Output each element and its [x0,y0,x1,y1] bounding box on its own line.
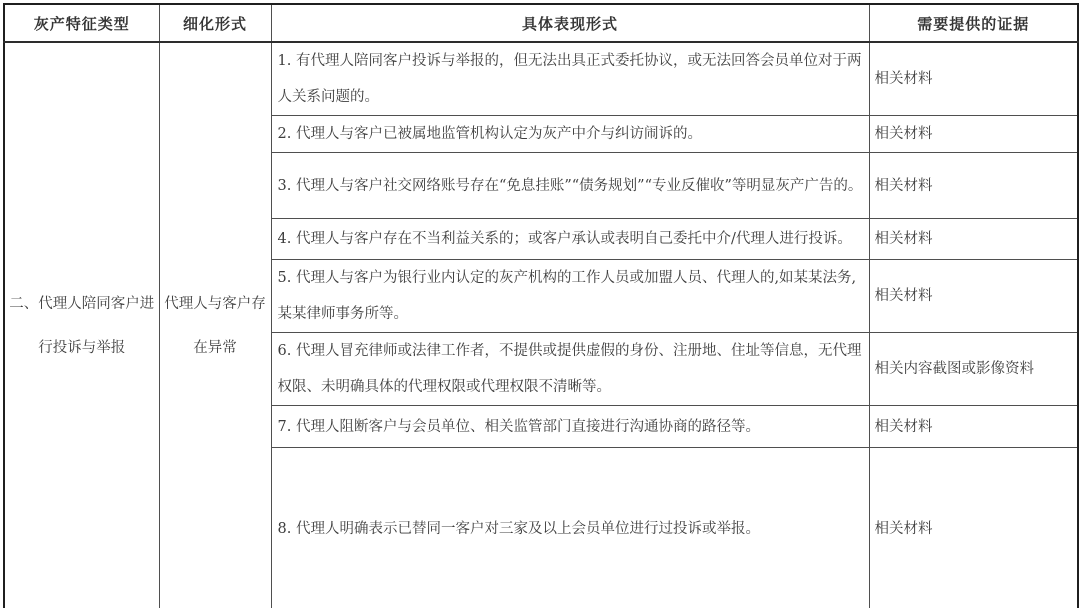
manifestation-cell: 4. 代理人与客户存在不当利益关系的；或客户承认或表明自己委托中介/代理人进行投… [271,219,869,260]
manifestation-cell: 7. 代理人阻断客户与会员单位、相关监管部门直接进行沟通协商的路径等。 [271,406,869,448]
manifestation-cell: 2. 代理人与客户已被属地监管机构认定为灰产中介与纠访闹诉的。 [271,116,869,153]
col-header-evidence: 需要提供的证据 [869,4,1078,42]
manifestation-cell: 3. 代理人与客户社交网络账号存在“免息挂账”“债务规划”“专业反催收”等明显灰… [271,153,869,219]
evidence-cell: 相关材料 [869,260,1078,333]
manifestation-cell: 5. 代理人与客户为银行业内认定的灰产机构的工作人员或加盟人员、代理人的,如某某… [271,260,869,333]
evidence-cell: 相关材料 [869,406,1078,448]
manifestation-cell: 6. 代理人冒充律师或法律工作者，不提供或提供虚假的身份、注册地、住址等信息，无… [271,333,869,406]
col-header-manifestation: 具体表现形式 [271,4,869,42]
evidence-cell: 相关材料 [869,153,1078,219]
col-header-refined-form: 细化形式 [159,4,271,42]
evidence-cell: 相关材料 [869,116,1078,153]
gray-industry-feature-table: 灰产特征类型 细化形式 具体表现形式 需要提供的证据 二、代理人陪同客户进行投诉… [3,3,1079,608]
manifestation-cell: 8. 代理人明确表示已替同一客户对三家及以上会员单位进行过投诉或举报。 [271,448,869,608]
manifestation-cell: 1. 有代理人陪同客户投诉与举报的，但无法出具正式委托协议，或无法回答会员单位对… [271,42,869,116]
category-cell: 二、代理人陪同客户进行投诉与举报 [4,42,159,608]
evidence-cell: 相关材料 [869,219,1078,260]
evidence-cell: 相关材料 [869,448,1078,608]
col-header-feature-type: 灰产特征类型 [4,4,159,42]
header-row: 灰产特征类型 细化形式 具体表现形式 需要提供的证据 [4,4,1078,42]
subtype-cell: 代理人与客户存在异常 [159,42,271,608]
table-row: 二、代理人陪同客户进行投诉与举报 代理人与客户存在异常 1. 有代理人陪同客户投… [4,42,1078,116]
evidence-cell: 相关内容截图或影像资料 [869,333,1078,406]
evidence-cell: 相关材料 [869,42,1078,116]
